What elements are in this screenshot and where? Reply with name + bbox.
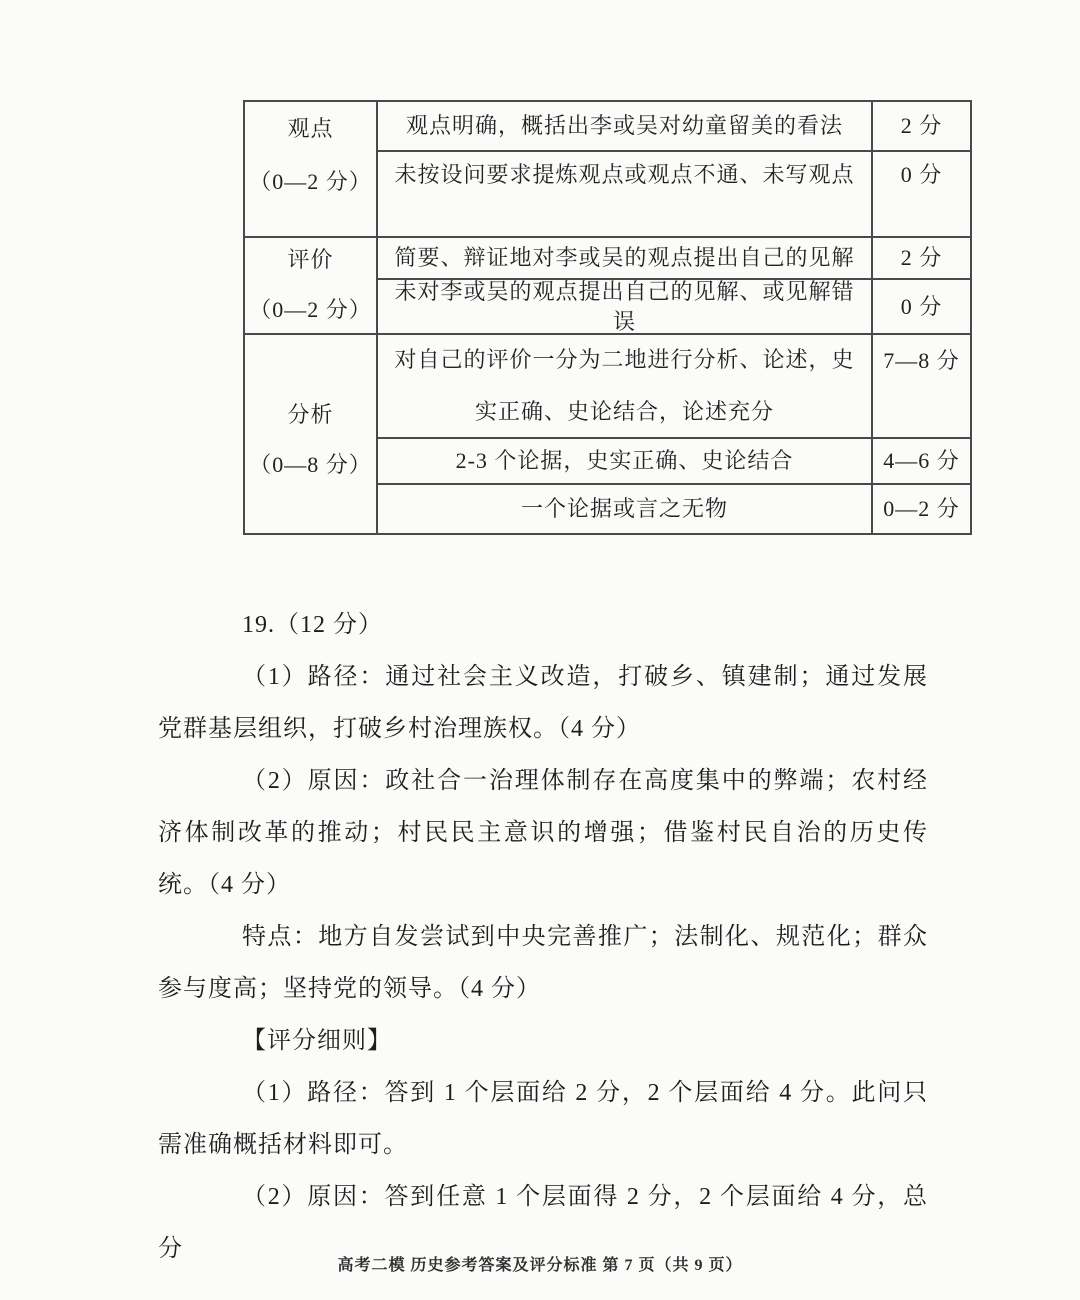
rubric-group-title: 评价	[287, 246, 333, 274]
score-cell: 0 分	[873, 152, 970, 236]
criteria-cell: 未对李或吴的观点提出自己的见解、或见解错误	[378, 280, 873, 333]
rubric-group-label: 观点 （0—2 分）	[245, 102, 378, 236]
criteria-cell: 简要、辩证地对李或吴的观点提出自己的见解	[378, 238, 873, 278]
rubric-group-evaluation: 评价 （0—2 分） 简要、辩证地对李或吴的观点提出自己的见解 2 分 未对李或…	[245, 238, 970, 335]
rubric-group-label: 评价 （0—2 分）	[245, 238, 378, 333]
rubric-group-title: 观点	[287, 115, 333, 143]
rubric-group-label: 分析 （0—8 分）	[245, 335, 378, 533]
answer-section: 19.（12 分） （1）路径：通过社会主义改造，打破乡、镇建制；通过发展党群基…	[158, 599, 928, 1275]
score-cell: 4—6 分	[873, 439, 970, 483]
score-cell: 7—8 分	[873, 335, 970, 437]
criteria-cell: 未按设问要求提炼观点或观点不通、未写观点	[378, 152, 873, 236]
table-row: 未对李或吴的观点提出自己的见解、或见解错误 0 分	[378, 280, 970, 333]
criteria-cell: 2-3 个论据，史实正确、史论结合	[378, 439, 873, 483]
answer-reason: （2）原因：政社合一治理体制存在高度集中的弊端；农村经济体制改革的推动；村民民主…	[158, 755, 928, 911]
score-cell: 0 分	[873, 280, 970, 333]
rubric-group-analysis: 分析 （0—8 分） 对自己的评价一分为二地进行分析、论述，史实正确、史论结合，…	[245, 335, 970, 533]
scoring-rules-heading: 【评分细则】	[158, 1015, 928, 1067]
rubric-table: 观点 （0—2 分） 观点明确，概括出李或吴对幼童留美的看法 2 分 未按设问要…	[243, 100, 972, 535]
answer-features: 特点：地方自发尝试到中央完善推广；法制化、规范化；群众参与度高；坚持党的领导。（…	[158, 911, 928, 1015]
rubric-group-range: （0—8 分）	[249, 451, 372, 479]
criteria-cell: 一个论据或言之无物	[378, 485, 873, 533]
table-row: 未按设问要求提炼观点或观点不通、未写观点 0 分	[378, 152, 970, 236]
score-cell: 2 分	[873, 238, 970, 278]
score-cell: 2 分	[873, 102, 970, 150]
rubric-group-range: （0—2 分）	[249, 168, 372, 196]
table-row: 观点明确，概括出李或吴对幼童留美的看法 2 分	[378, 102, 970, 152]
answer-path: （1）路径：通过社会主义改造，打破乡、镇建制；通过发展党群基层组织，打破乡村治理…	[158, 651, 928, 755]
table-row: 对自己的评价一分为二地进行分析、论述，史实正确、史论结合，论述充分 7—8 分	[378, 335, 970, 439]
table-row: 简要、辩证地对李或吴的观点提出自己的见解 2 分	[378, 238, 970, 280]
rubric-group-title: 分析	[287, 401, 333, 429]
table-row: 一个论据或言之无物 0—2 分	[378, 485, 970, 533]
score-cell: 0—2 分	[873, 485, 970, 533]
question-19-header: 19.（12 分）	[158, 599, 928, 651]
scoring-rule-path: （1）路径：答到 1 个层面给 2 分，2 个层面给 4 分。此问只需准确概括材…	[158, 1067, 928, 1171]
rubric-group-viewpoint: 观点 （0—2 分） 观点明确，概括出李或吴对幼童留美的看法 2 分 未按设问要…	[245, 102, 970, 238]
page-footer: 高考二模 历史参考答案及评分标准 第 7 页（共 9 页）	[0, 1252, 1080, 1275]
criteria-cell: 观点明确，概括出李或吴对幼童留美的看法	[378, 102, 873, 150]
document-page: 观点 （0—2 分） 观点明确，概括出李或吴对幼童留美的看法 2 分 未按设问要…	[0, 0, 1080, 1300]
rubric-group-range: （0—2 分）	[249, 296, 372, 324]
table-row: 2-3 个论据，史实正确、史论结合 4—6 分	[378, 439, 970, 485]
criteria-cell: 对自己的评价一分为二地进行分析、论述，史实正确、史论结合，论述充分	[378, 335, 873, 437]
